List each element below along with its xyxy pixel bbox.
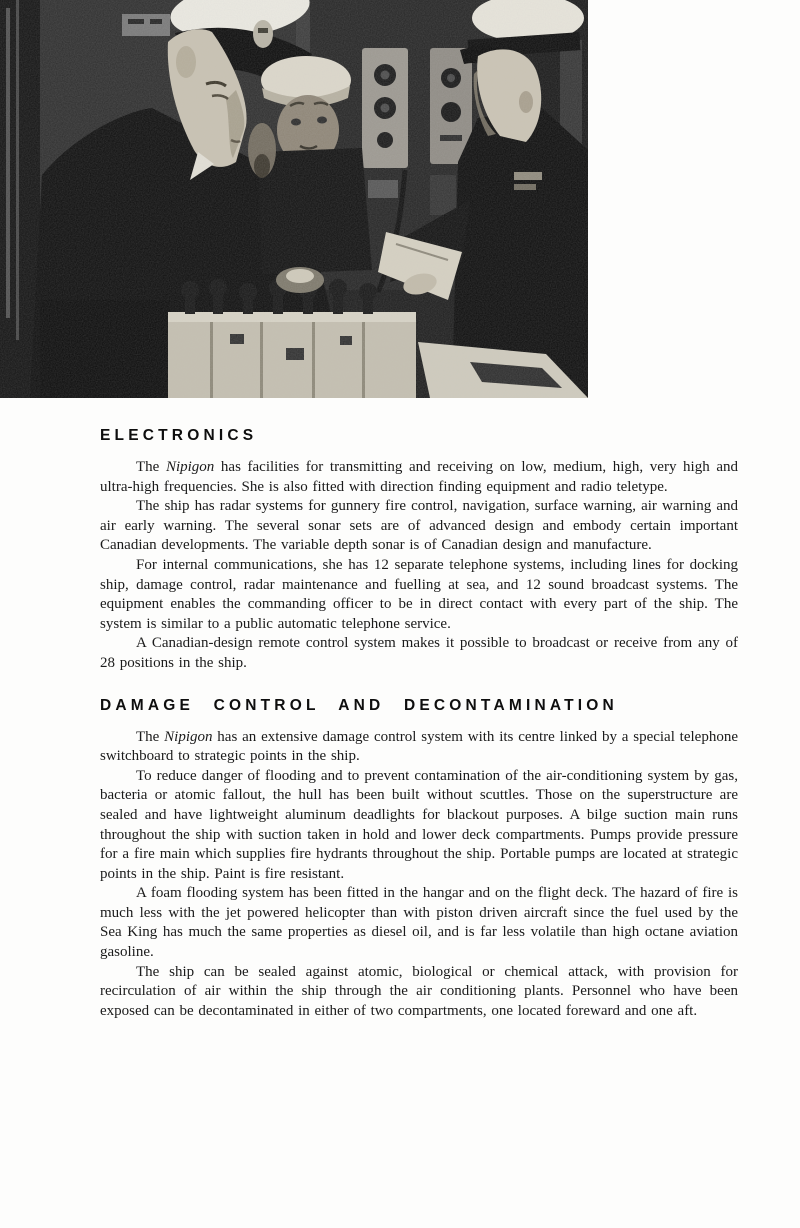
- section-heading-electronics: ELECTRONICS: [100, 428, 738, 444]
- section-heading-damage-control-and-decontamination: DAMAGE CONTROL AND DECONTAMINATION: [100, 698, 738, 714]
- page-content: ELECTRONICSThe Nipigon has facilities fo…: [100, 428, 738, 1021]
- photo-naval-officers: [0, 0, 588, 398]
- photo-illustration: [0, 0, 588, 398]
- ship-name-italic: Nipigon: [164, 729, 212, 745]
- section-electronics: ELECTRONICSThe Nipigon has facilities fo…: [100, 428, 738, 674]
- paragraph: A foam flooding system has been fitted i…: [100, 884, 738, 962]
- paragraph: For internal communications, she has 12 …: [100, 556, 738, 634]
- section-damage-control-and-decontamination: DAMAGE CONTROL AND DECONTAMINATIONThe Ni…: [100, 698, 738, 1022]
- paragraph: The ship has radar systems for gunnery f…: [100, 497, 738, 556]
- paragraph: To reduce danger of flooding and to prev…: [100, 767, 738, 885]
- paragraph: The Nipigon has an extensive damage cont…: [100, 728, 738, 767]
- paragraph: The ship can be sealed against atomic, b…: [100, 963, 738, 1022]
- paragraph: A Canadian-design remote control system …: [100, 634, 738, 673]
- ship-name-italic: Nipigon: [166, 459, 214, 475]
- paragraph: The Nipigon has facilities for transmitt…: [100, 458, 738, 497]
- document-page: ELECTRONICSThe Nipigon has facilities fo…: [0, 0, 800, 1228]
